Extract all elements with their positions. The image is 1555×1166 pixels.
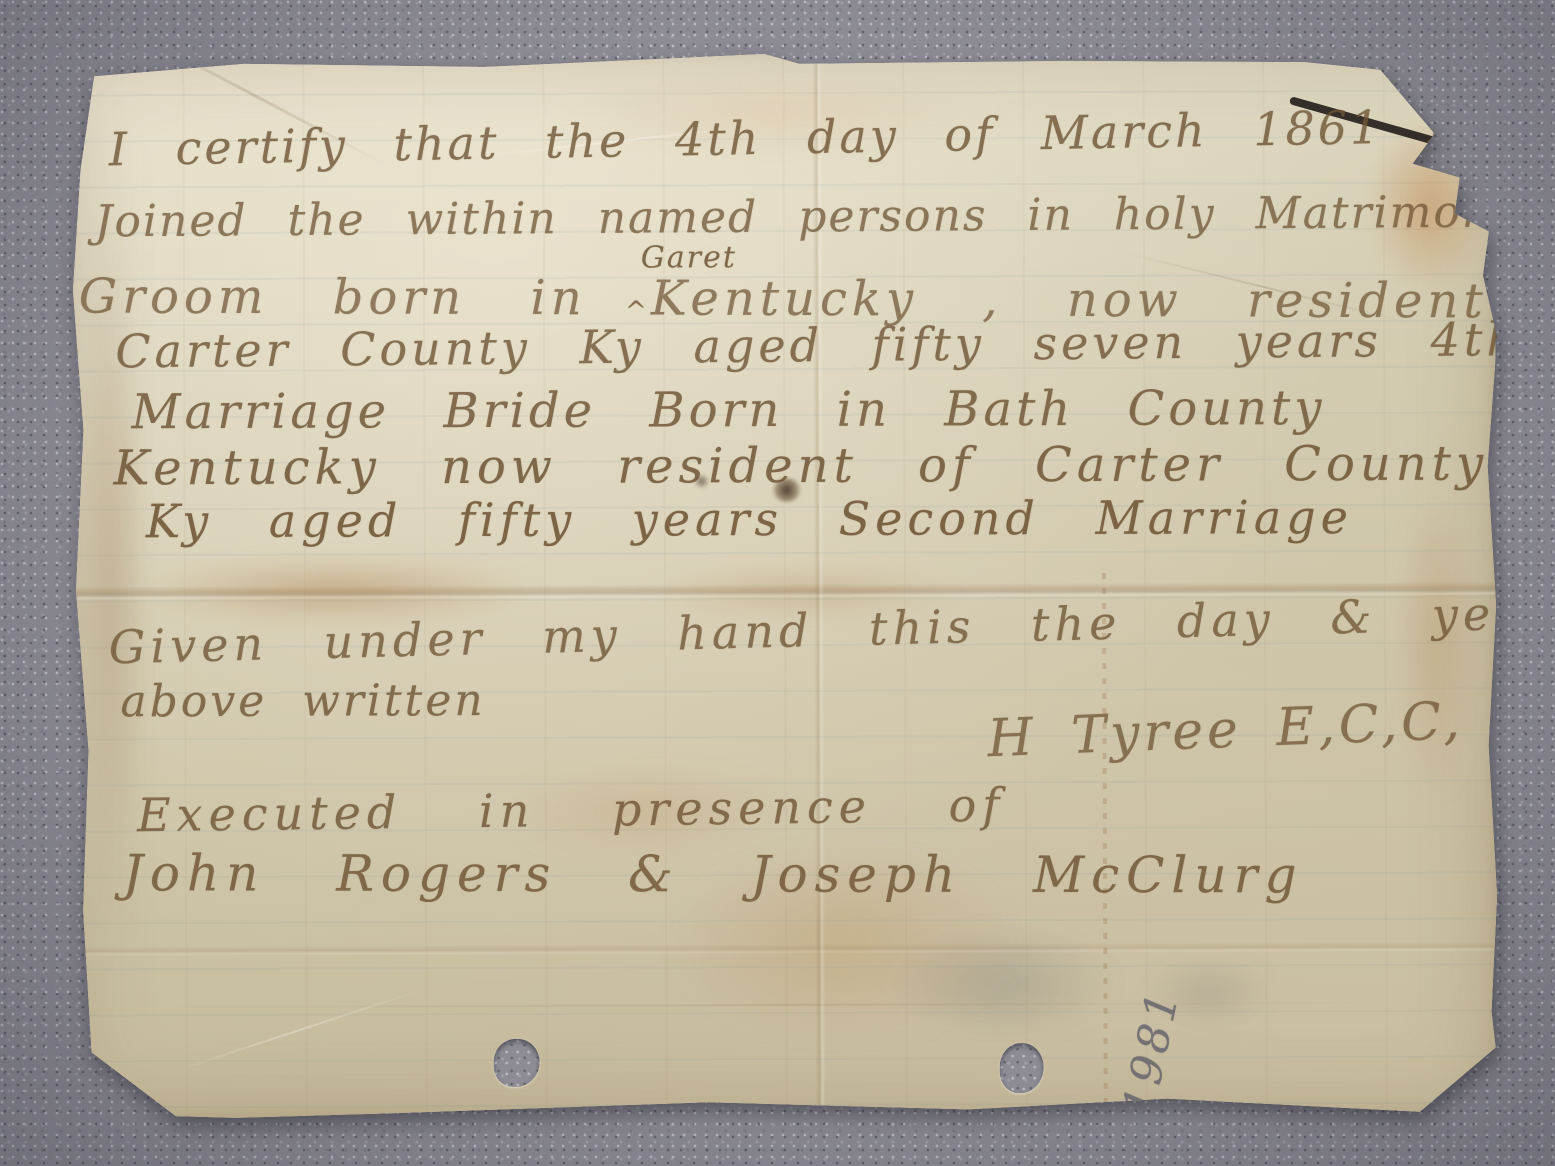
crease <box>174 989 422 1072</box>
photo-of-document: { "doc": { "lines": [ "I certify that th… <box>0 0 1555 1166</box>
horizontal-fold-line <box>67 942 1497 957</box>
paper-wrapper: I certify that the 4th day of March 1861… <box>66 48 1496 1120</box>
line-carter-county: Carter County Ky aged fifty seven years … <box>115 312 1520 378</box>
crease <box>127 1002 1407 1008</box>
line-joined-persons: Joined the within named persons in holy … <box>95 186 1520 247</box>
punch-hole <box>1000 1043 1044 1093</box>
pencil-year-annotation: 1981 <box>1114 984 1190 1120</box>
stain <box>847 903 1158 1064</box>
line-ky-aged: Ky aged fifty years Second Marriage <box>146 490 1353 548</box>
line-above-written: above written <box>120 675 485 727</box>
line-witnesses: John Rogers & Joseph McClurg <box>123 844 1304 904</box>
line-given-under-hand: Given under my hand this the day & year <box>108 585 1555 674</box>
document-paper: I certify that the 4th day of March 1861… <box>64 46 1498 1123</box>
signature: H Tyree E,C,C, <box>986 691 1464 769</box>
line-kentucky-resident: Kentucky now resident of Carter County <box>113 436 1488 497</box>
line-executed-presence: Executed in presence of <box>137 778 1006 843</box>
line-certify-date: I certify that the 4th day of March 1861… <box>108 99 1449 176</box>
punch-hole <box>494 1039 540 1087</box>
line-marriage-bride: Marriage Bride Born in Bath County <box>131 380 1325 440</box>
